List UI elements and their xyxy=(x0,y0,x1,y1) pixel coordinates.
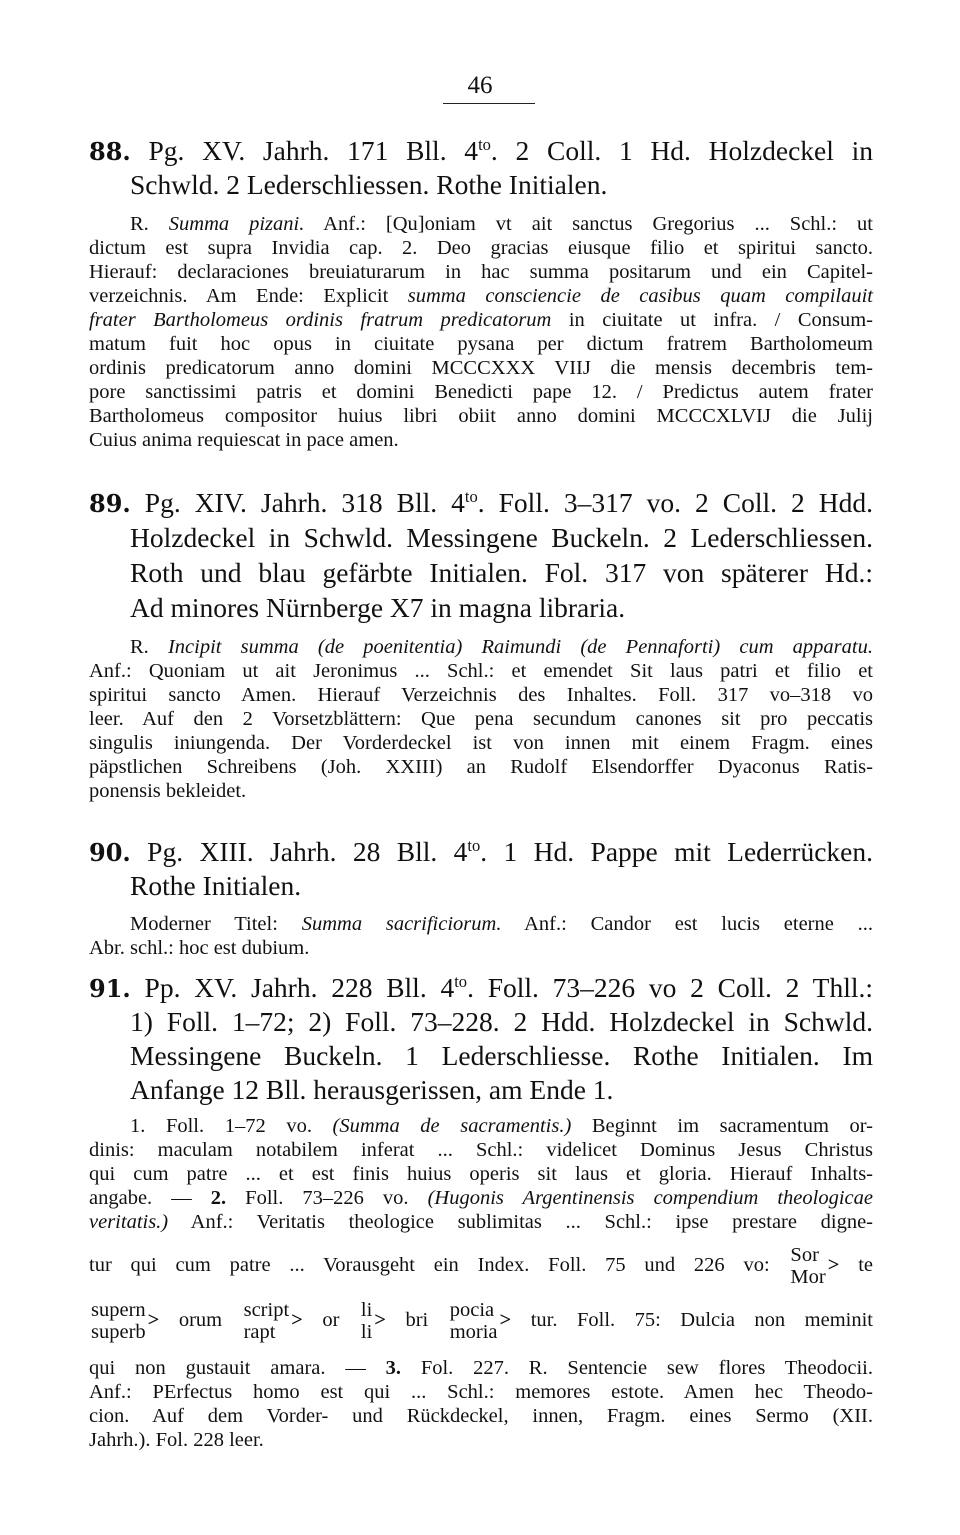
entry-89-body-line-6: päpstlichen Schreibens (Joh. XXIII) an R… xyxy=(89,756,873,779)
entry-91-body-line-11: Jahrh.). Fol. 228 leer. xyxy=(89,1429,873,1452)
entry-91-body-line-5: veritatis.) Anf.: Veritatis theologice s… xyxy=(89,1211,873,1234)
entry-88-body-line-9: Bartholomeus compositor huius libri obii… xyxy=(89,405,873,428)
entry-91-header-line-2: 1) Foll. 1–72; 2) Foll. 73–228. 2 Hdd. H… xyxy=(130,1006,873,1038)
entry-88-body-line-7: ordinis predicatorum anno domini MCCCXXX… xyxy=(89,357,873,380)
entry-89-header-line-4: Ad minores Nürnberge X7 in magna librari… xyxy=(130,592,873,624)
entry-89-header-line-3: Roth und blau gefärbte Initialen. Fol. 3… xyxy=(130,557,873,589)
entry-89-body-line-3: spiritui sancto Amen. Hierauf Verzeichni… xyxy=(89,684,873,707)
entry-89-header-line-2: Holzdeckel in Schwld. Messingene Buckeln… xyxy=(130,522,873,554)
entry-91-body-line-8: qui non gustauit amara. — 3. Fol. 227. R… xyxy=(89,1357,873,1380)
entry-91-body-line-10: cion. Auf dem Vorder- und Rückdeckel, in… xyxy=(89,1405,873,1428)
entry-88-body-line-3: Hierauf: declaraciones breuiaturarum in … xyxy=(89,261,873,284)
entry-91-body-line-6: tur qui cum patre ... Vorausgeht ein Ind… xyxy=(89,1245,873,1288)
page-number-rule xyxy=(443,103,535,104)
entry-number: 91. xyxy=(89,974,131,1003)
entry-91-body-line-4: angabe. — 2. Foll. 73–226 vo. (Hugonis A… xyxy=(89,1187,873,1210)
entry-90-body-line-2: Abr. schl.: hoc est dubium. xyxy=(89,937,873,960)
entry-88-body-line-10: Cuius anima requiescat in pace amen. xyxy=(89,429,873,452)
entry-88-body-line-8: pore sanctissimi patris et domini Benedi… xyxy=(89,381,873,404)
ligature-fraction: scriptrapt xyxy=(244,1300,290,1343)
entry-88-header-line-2: Schwld. 2 Lederschliessen. Rothe Initial… xyxy=(130,169,873,201)
entry-89-body-line-2: Anf.: Quoniam ut ait Jeronimus ... Schl.… xyxy=(89,660,873,683)
entry-91-body-line-2: dinis: maculam notabilem inferat ... Sch… xyxy=(89,1139,873,1162)
entry-88-body-line-5: frater Bartholomeus ordinis fratrum pred… xyxy=(89,309,873,332)
entry-90-header-line-1: 90. Pg. XIII. Jahrh. 28 Bll. 4to. 1 Hd. … xyxy=(89,836,873,868)
entry-89-body-line-4: leer. Auf den 2 Vorsetzblättern: Que pen… xyxy=(89,708,873,731)
entry-90-header-line-2: Rothe Initialen. xyxy=(130,870,873,902)
page-number: 46 xyxy=(0,72,960,100)
entry-91-body-line-7: supernsuperb> orum scriptrapt> or lili> … xyxy=(89,1300,873,1343)
entry-88-body-line-6: matum fuit hoc opus in ciuitate pysana p… xyxy=(89,333,873,356)
entry-89-body-line-5: singulis iniungenda. Der Vorderdeckel is… xyxy=(89,732,873,755)
ligature-fraction: lili xyxy=(361,1300,372,1343)
entry-91-body-line-9: Anf.: PErfectus homo est qui ... Schl.: … xyxy=(89,1381,873,1404)
entry-88-body-line-2: dictum est supra Invidia cap. 2. Deo gra… xyxy=(89,237,873,260)
entry-89-header-line-1: 89. Pg. XIV. Jahrh. 318 Bll. 4to. Foll. … xyxy=(89,487,873,519)
entry-88-body-line-1: R. Summa pizani. Anf.: [Qu]oniam vt ait … xyxy=(130,213,873,236)
entry-number: 90. xyxy=(89,838,131,867)
entry-number: 88. xyxy=(89,137,131,166)
entry-88-body-line-4: verzeichnis. Am Ende: Explicit summa con… xyxy=(89,285,873,308)
entry-91-header-line-1: 91. Pp. XV. Jahrh. 228 Bll. 4to. Foll. 7… xyxy=(89,972,873,1004)
entry-91-body-line-3: qui cum patre ... et est finis huius ope… xyxy=(89,1163,873,1186)
entry-91-body-line-1: 1. Foll. 1–72 vo. (Summa de sacramentis.… xyxy=(130,1115,873,1138)
entry-90-body-line-1: Moderner Titel: Summa sacrificiorum. Anf… xyxy=(130,913,873,936)
entry-89-body-line-1: R. Incipit summa (de poenitentia) Raimun… xyxy=(130,636,873,659)
ligature-fraction: SorMor xyxy=(790,1245,825,1288)
ligature-fraction: pociamoria xyxy=(450,1300,498,1343)
entry-91-header-line-3: Messingene Buckeln. 1 Lederschliesse. Ro… xyxy=(130,1040,873,1072)
entry-89-body-line-7: ponensis bekleidet. xyxy=(89,780,873,803)
entry-88-header-line-1: 88. Pg. XV. Jahrh. 171 Bll. 4to. 2 Coll.… xyxy=(89,135,873,167)
entry-number: 89. xyxy=(89,489,131,518)
entry-91-header-line-4: Anfange 12 Bll. herausgerissen, am Ende … xyxy=(130,1074,873,1106)
ligature-fraction: supernsuperb xyxy=(91,1300,146,1343)
